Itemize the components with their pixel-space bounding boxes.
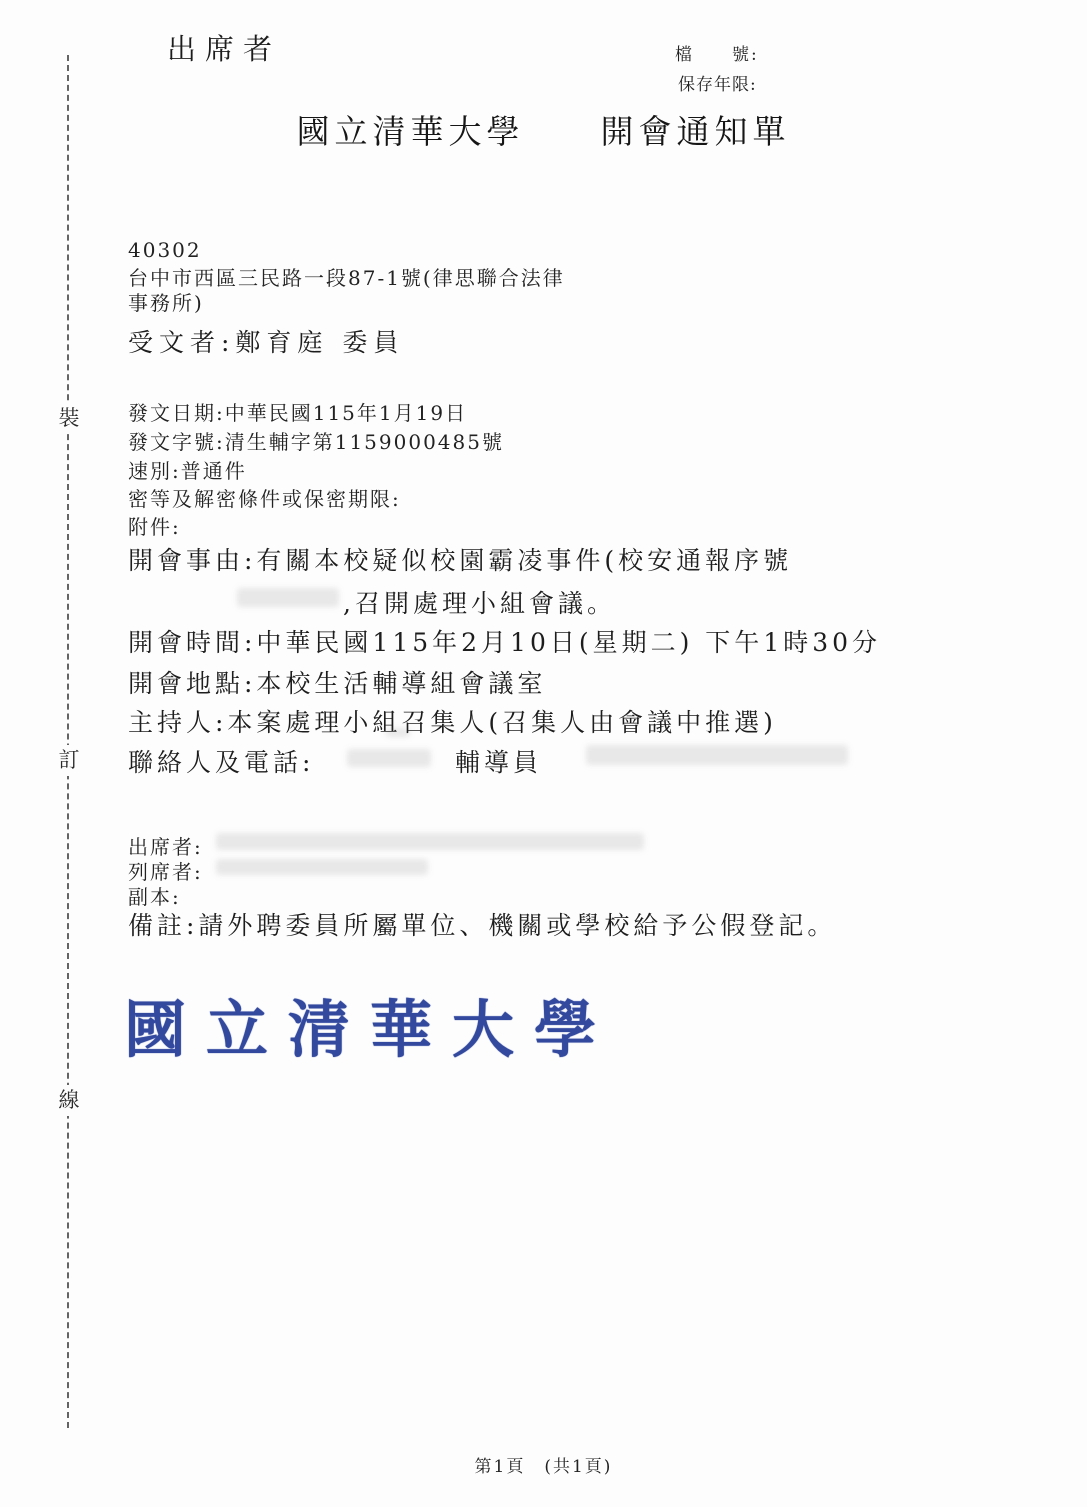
page-indicator: 第1頁 (共1頁) — [0, 1452, 1087, 1477]
redacted-attendees — [216, 833, 644, 850]
confidentiality-line: 密等及解密條件或保密期限: — [128, 483, 401, 512]
redacted-report-number — [237, 588, 339, 607]
meeting-place-line: 開會地點:本校生活輔導組會議室 — [128, 664, 546, 700]
binding-guide-line — [67, 55, 69, 1428]
redacted-contact-name — [347, 749, 431, 767]
meeting-time-line: 開會時間:中華民國115年2月10日(星期二) 下午1時30分 — [128, 623, 881, 659]
file-number-label: 檔 號: — [675, 40, 759, 65]
meeting-subject-line-1: 開會事由:有關本校疑似校園霸凌事件(校安通報序號 — [128, 541, 792, 577]
document-title: 國立清華大學 開會通知單 — [0, 106, 1087, 153]
binding-label-zhuang: 裝 — [57, 403, 81, 434]
remark-line: 備註:請外聘委員所屬單位、機關或學校給予公假登記。 — [128, 906, 836, 942]
dispatch-date-line: 發文日期:中華民國115年1月19日 — [128, 397, 467, 426]
attachment-line: 附件: — [128, 511, 181, 540]
binding-label-ding: 訂 — [57, 745, 81, 776]
scan-artifact-mark — [386, 728, 410, 737]
top-left-annotation: 出席者 — [167, 27, 281, 68]
speed-class-line: 速別:普通件 — [128, 455, 247, 484]
redacted-observers — [216, 859, 428, 875]
postal-code: 40302 — [128, 238, 202, 262]
meeting-subject-line-2: ,召開處理小組會議。 — [343, 584, 616, 620]
binding-label-xian: 線 — [57, 1085, 81, 1116]
university-stamp: 國立清華大學 — [124, 980, 616, 1069]
contact-title: 輔導員 — [455, 743, 542, 779]
document-page: 裝 訂 線 出席者 檔 號: 保存年限: 國立清華大學 開會通知單 40302 … — [0, 0, 1087, 1507]
meeting-chair-line: 主持人:本案處理小組召集人(召集人由會議中推選) — [128, 703, 777, 739]
redacted-contact-phone — [586, 745, 848, 765]
recipient-line: 受文者:鄭育庭 委員 — [128, 323, 404, 359]
contact-label: 聯絡人及電話: — [128, 743, 314, 779]
address-line-2: 事務所) — [128, 287, 204, 316]
dispatch-number-line: 發文字號:清生輔字第1159000485號 — [128, 426, 504, 455]
retention-period-label: 保存年限: — [678, 70, 757, 95]
